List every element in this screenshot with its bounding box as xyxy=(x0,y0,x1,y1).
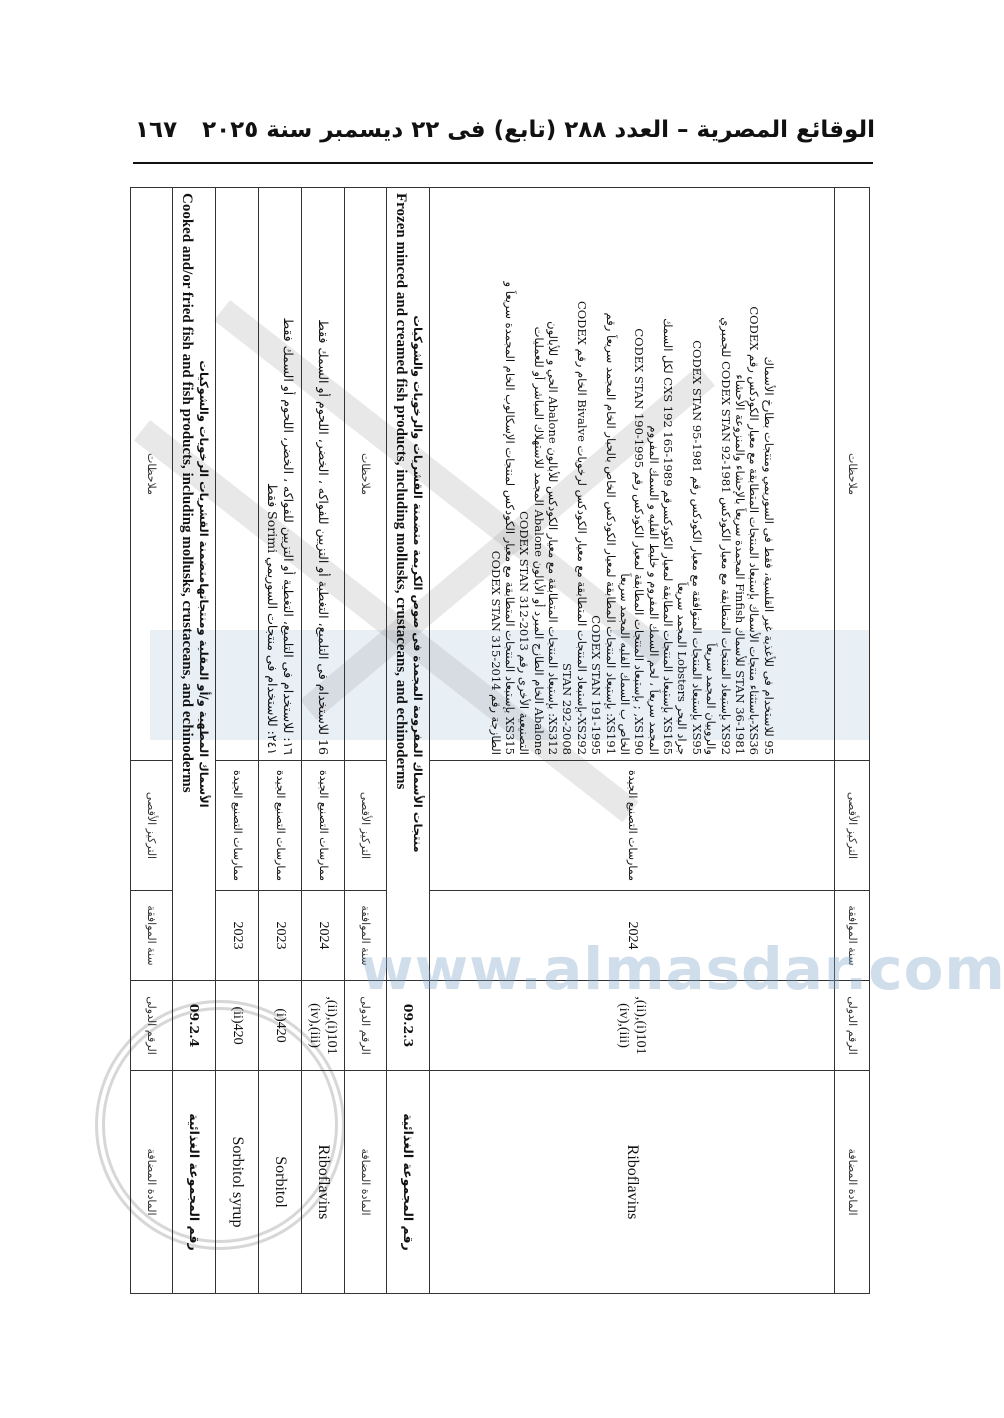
additives-table: المادة المضافةالرقم الدولىسنة الموافقةال… xyxy=(130,187,870,1294)
ins-number: 420(i) xyxy=(259,981,302,1071)
note-line: XS190, ; بإستبعاد المنتجات المطابقة لمعي… xyxy=(632,193,646,755)
max-level: ممارسات التصنيع الجيدة xyxy=(430,761,835,891)
note-line: الطازجة رقم CODEX STAN 315-2014 xyxy=(488,193,502,755)
note-line: XS165 بإستبعاد المنتجات المطابقة لمعيار … xyxy=(661,193,675,755)
column-header-max-level: التركيز الأقصى xyxy=(131,761,173,891)
table-row: Sorbitol420(i)2023ممارسات التصنيع الجيدة… xyxy=(259,188,302,1294)
food-category-title-en: Cooked and/or fried fish and fish produc… xyxy=(177,193,196,975)
approval-year: 2023 xyxy=(259,891,302,981)
note-line: STAN 36-1981 للأسماك Finfish المجمدة سري… xyxy=(733,193,747,755)
table-row: Riboflavins101(i),(ii),(iii),(iv)2024مما… xyxy=(302,188,345,1294)
approval-year: 2024 xyxy=(302,891,345,981)
table-container: المادة المضافةالرقم الدولىسنة الموافقةال… xyxy=(133,187,870,1293)
food-category-number: 09.2.3 xyxy=(387,981,430,1071)
page-header: الوقائع المصرية – العدد ٢٨٨ (تابع) فى ٢٢… xyxy=(135,110,875,150)
max-level: ممارسات التصنيع الجيدة xyxy=(302,761,345,891)
page-number: ١٦٧ xyxy=(135,117,177,143)
column-header-notes: ملاحظات xyxy=(345,188,387,761)
note-line: XS92 بإستبعاد المنتجات المتطابقة مع معيا… xyxy=(718,193,732,755)
note-line: الخاص ب السمك الفليه المجمد سريعاً xyxy=(618,193,632,755)
column-header-row: المادة المضافةالرقم الدولىسنة الموافقةال… xyxy=(131,188,173,1294)
column-header-additive: المادة المضافة xyxy=(131,1071,173,1294)
note-line: والروبيان المجمد سريعاً xyxy=(704,193,718,755)
note-line: XS315 بإستبعاد المنتجات المتطابقة مع معي… xyxy=(503,193,517,755)
approval-year: 2024 xyxy=(430,891,835,981)
note-line: STAN 292-2008 xyxy=(560,193,574,755)
column-header-ins: الرقم الدولى xyxy=(835,981,870,1071)
approval-year: 2023 xyxy=(216,891,259,981)
notes-cell xyxy=(216,188,259,761)
additive-name: Riboflavins xyxy=(430,1071,835,1294)
column-header-year: سنة الموافقة xyxy=(131,891,173,981)
food-category-number: 09.2.4 xyxy=(173,981,216,1071)
column-header-year: سنة الموافقة xyxy=(835,891,870,981)
note-line: ١٦: للاستخدام فى التلميع، التغطية أو الت… xyxy=(280,193,296,755)
food-category-title: منتجات الأسماك المفرومة المجمدة فى صوص ا… xyxy=(387,188,430,981)
additive-name: Sorbitol xyxy=(259,1071,302,1294)
note-line: ٢٤١: للاستخدام فى منتجات السوريمي Sorimi… xyxy=(264,193,280,755)
food-category-row: رقم المجموعة الغذائية09.2.3منتجات الأسما… xyxy=(387,188,430,1294)
note-line: XS191: بإستبعاد المنتجات المطابقة لمعيار… xyxy=(603,193,617,755)
note-line: XS36-باستثناء منتجات الأسماك بإستبعاد ال… xyxy=(747,193,761,755)
column-header-max-level: التركيز الأقصى xyxy=(345,761,387,891)
food-category-title: الأسماك المطهية و/أو المقلية ومنتجاتهامت… xyxy=(173,188,216,981)
column-header-ins: الرقم الدولى xyxy=(345,981,387,1071)
notes-cell: ١٦: للاستخدام فى التلميع، التغطية أو الت… xyxy=(259,188,302,761)
column-header-ins: الرقم الدولى xyxy=(131,981,173,1071)
note-line: CODEX STAN 191-1995 xyxy=(589,193,603,755)
column-header-year: سنة الموافقة xyxy=(345,891,387,981)
column-header-row: المادة المضافةالرقم الدولىسنة الموافقةال… xyxy=(835,188,870,1294)
max-level: ممارسات التصنيع الجيدة xyxy=(259,761,302,891)
column-header-additive: المادة المضافة xyxy=(345,1071,387,1294)
food-category-label: رقم المجموعة الغذائية xyxy=(387,1071,430,1294)
food-category-title-en: Frozen minced and creamed fish products,… xyxy=(391,193,410,975)
header-rule xyxy=(133,162,873,164)
ins-number: 420(ii) xyxy=(216,981,259,1071)
column-header-max-level: التركيز الأقصى xyxy=(835,761,870,891)
note-line: التصنيعية الأخرى رقم CODEX STAN 312-2013 xyxy=(517,193,531,755)
food-category-title-ar: الأسماك المطهية و/أو المقلية ومنتجاتهامت… xyxy=(196,193,210,975)
column-header-notes: ملاحظات xyxy=(835,188,870,761)
note-line: XS312: بإستبعاد المنتجات المتطابقة مع مع… xyxy=(546,193,560,755)
gazette-title: الوقائع المصرية – العدد ٢٨٨ (تابع) فى ٢٢… xyxy=(202,117,875,143)
column-header-row: المادة المضافةالرقم الدولىسنة الموافقةال… xyxy=(345,188,387,1294)
note-line: 16 للاستخدام فى التلميع، التغطية أو التز… xyxy=(315,193,331,755)
table-row: Riboflavins101(i),(ii),(iii),(iv)2024مما… xyxy=(430,188,835,1294)
note-line: Abalone الخام الطازج المبرد أو الأبالون … xyxy=(531,193,545,755)
note-line: XS292-بإستبعاد المنتجات المتطابقة مع معي… xyxy=(575,193,589,755)
food-category-title-ar: منتجات الأسماك المفرومة المجمدة فى صوص ا… xyxy=(410,193,424,975)
food-category-label: رقم المجموعة الغذائية xyxy=(173,1071,216,1294)
food-category-row: رقم المجموعة الغذائية09.2.4الأسماك المطه… xyxy=(173,188,216,1294)
additive-name: Riboflavins xyxy=(302,1071,345,1294)
column-header-additive: المادة المضافة xyxy=(835,1071,870,1294)
note-line: جراد البحر Lobsters المجمد سريعاً xyxy=(675,193,689,755)
ins-number: 101(i),(ii),(iii),(iv) xyxy=(302,981,345,1071)
note-line: 95 للاستخدام فى للأغذية غير القلسية، فقط… xyxy=(761,193,775,755)
notes-cell: 16 للاستخدام فى التلميع، التغطية أو التز… xyxy=(302,188,345,761)
additive-name: Sorbitol syrup xyxy=(216,1071,259,1294)
ins-number: 101(i),(ii),(iii),(iv) xyxy=(430,981,835,1071)
max-level: ممارسات التصنيع الجيدة xyxy=(216,761,259,891)
note-line: XS95 بإستبعاد المنتجات المتوافقة مع معيا… xyxy=(690,193,704,755)
table-row: Sorbitol syrup420(ii)2023ممارسات التصنيع… xyxy=(216,188,259,1294)
notes-cell: 95 للاستخدام فى للأغذية غير القلسية، فقط… xyxy=(430,188,835,761)
column-header-notes: ملاحظات xyxy=(131,188,173,761)
note-line: المجمد سريعاً ، لحم السمك المفروم و خليط… xyxy=(646,193,660,755)
